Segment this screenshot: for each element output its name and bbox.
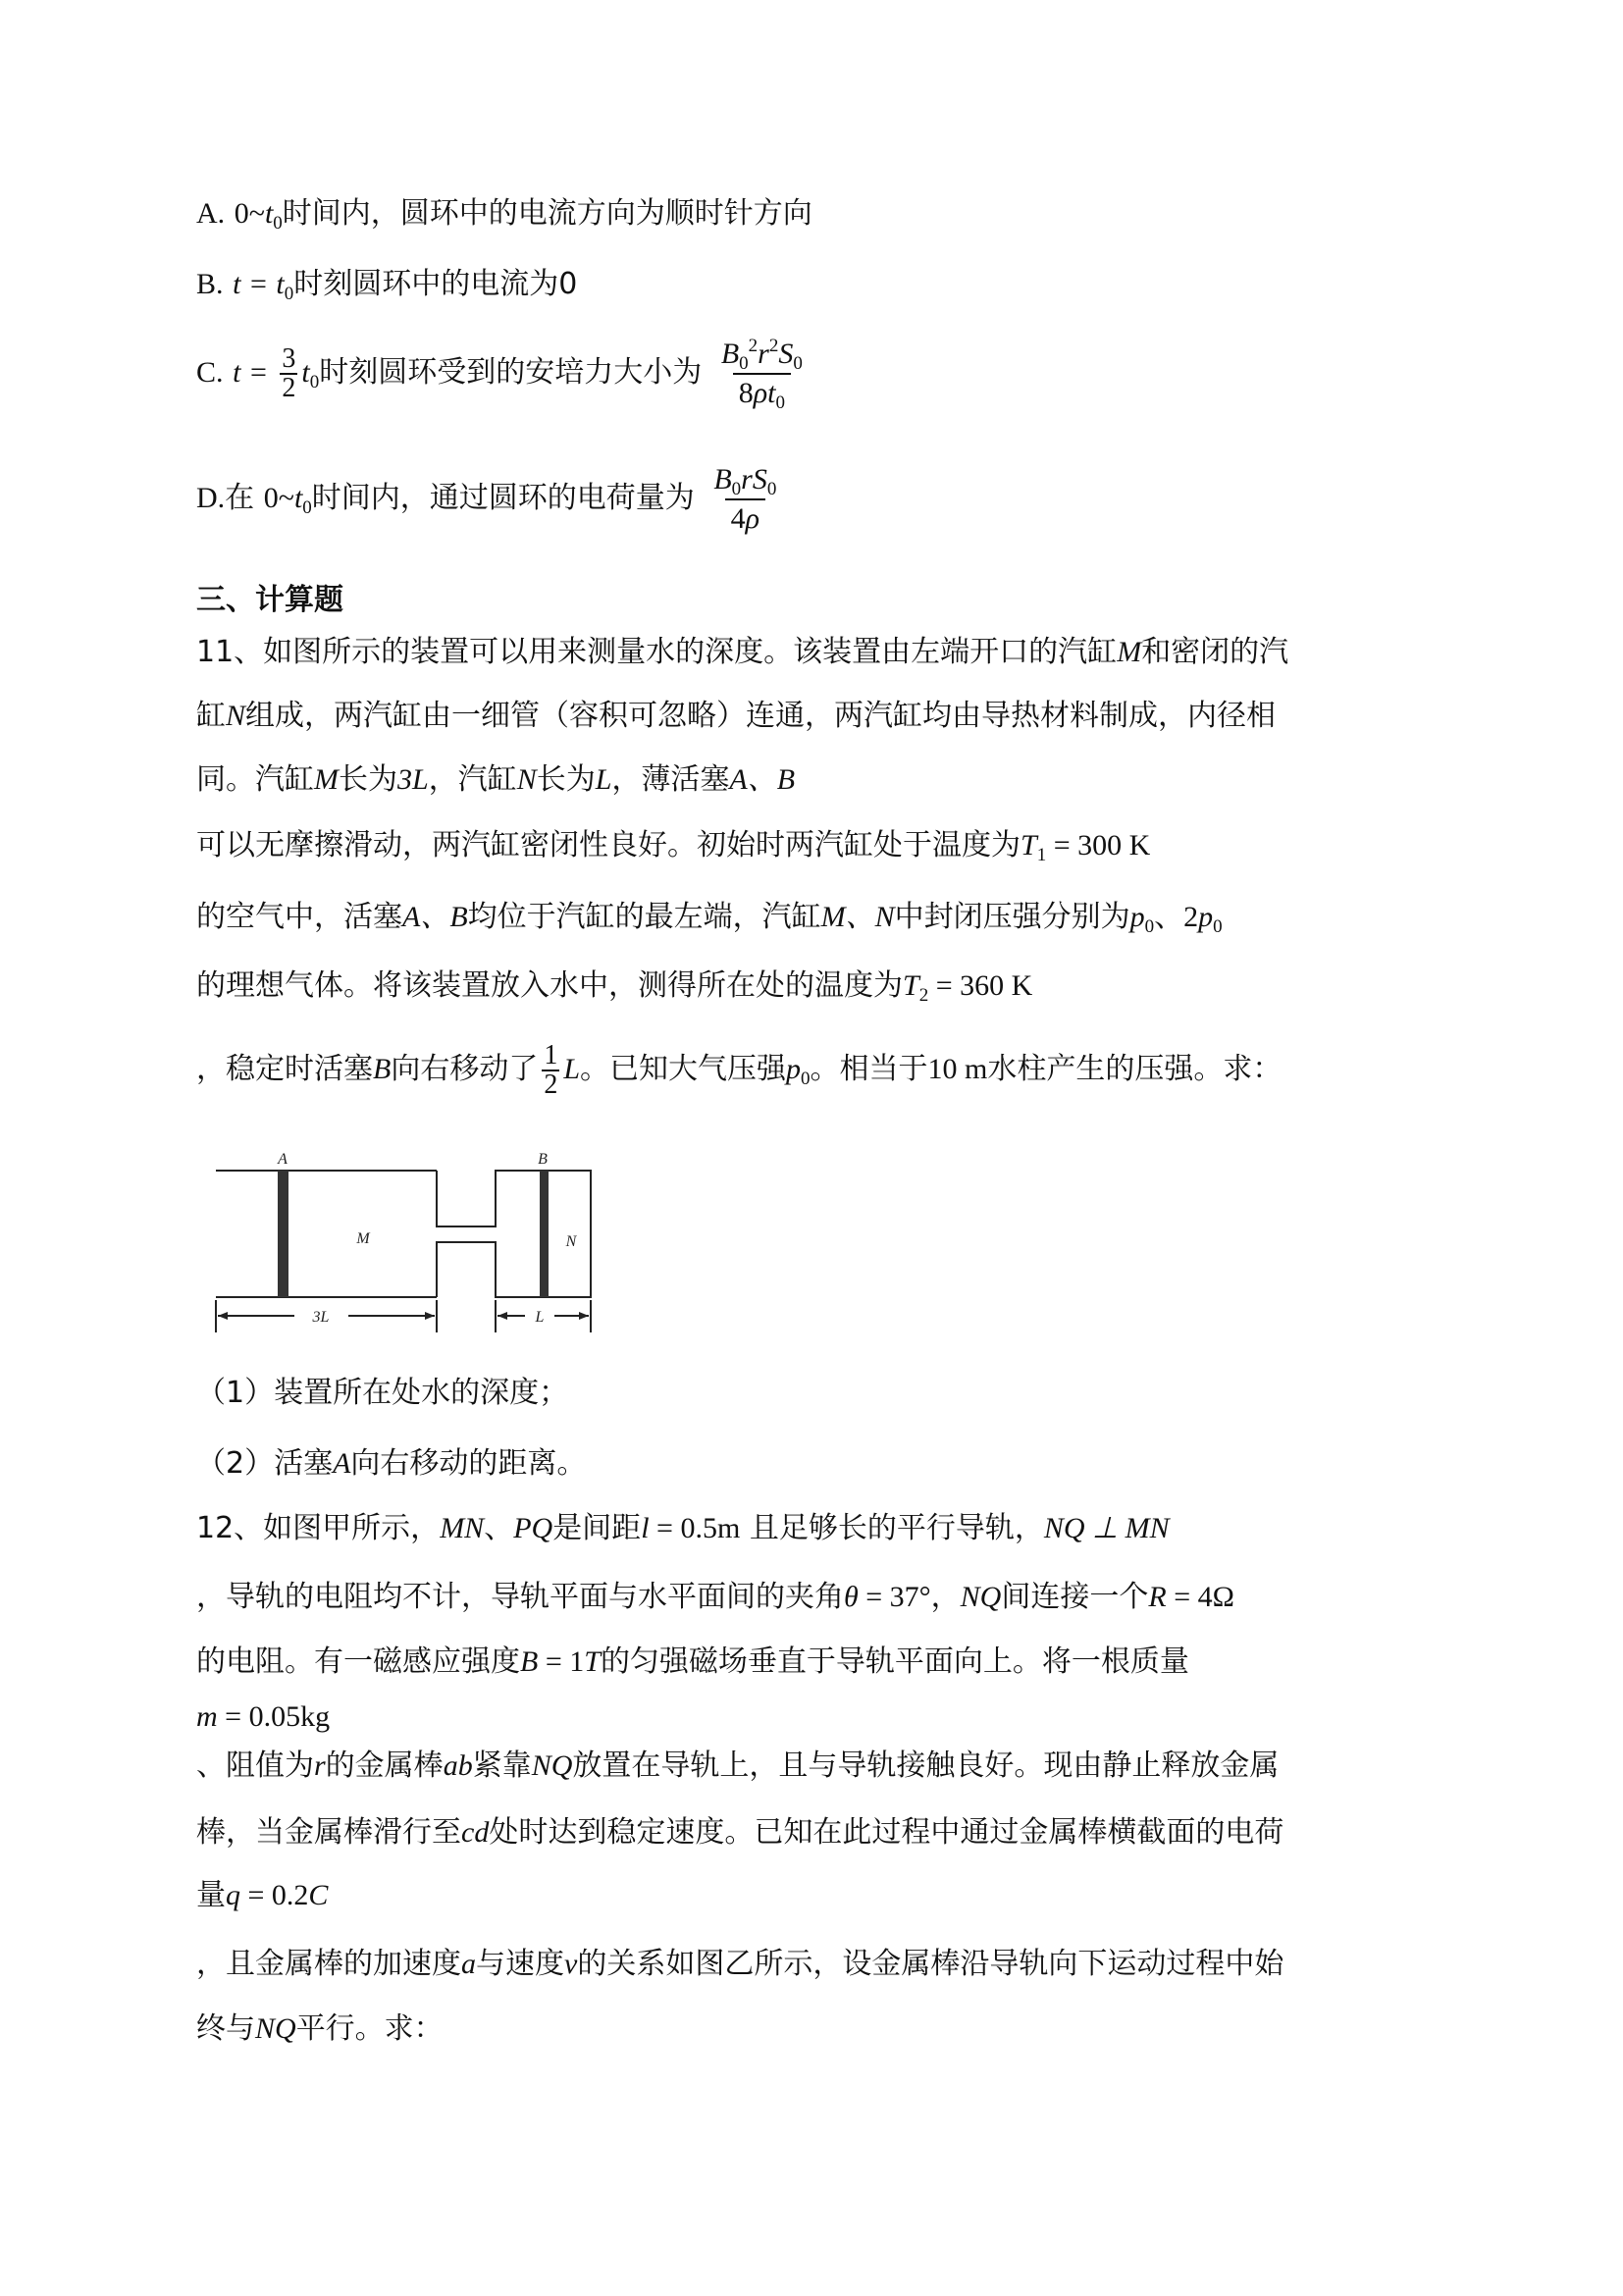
math-sub: 0 [285,284,294,304]
q12-line-7: 量q = 0.2C [196,1876,328,1915]
math-var: ρ [746,502,759,535]
math-sub: 0 [793,353,803,374]
math-var: T [584,1645,601,1678]
q11-line-5: 的空气中，活塞A、B均位于汽缸的最左端，汽缸M、N中封闭压强分别为p0、2p0 [196,898,1223,937]
math-var: θ [844,1581,859,1613]
math-var: ρ [754,377,767,409]
math-var: B [373,1053,391,1085]
text: ，薄活塞 [611,762,729,797]
option-d: D.在 0~t0时间内，通过圆环的电荷量为 B0rS0 4ρ [196,459,786,538]
q11-sub-2: （2）活塞A向右移动的距离。 [196,1444,586,1484]
text: 均位于汽缸的最左端，汽缸 [468,900,821,934]
text: 中封闭压强分别为 [895,900,1130,934]
math-sub: 0 [1145,916,1155,937]
q12-line-3: 的电阻。有一磁感应强度B = 1T的匀强磁场垂直于导轨平面向上。将一根质量 [196,1643,1189,1682]
math-sub: 0 [767,479,777,499]
math-var: L [563,1053,580,1085]
math-sub: 1 [1037,845,1047,865]
math-var: L [596,763,612,796]
math-var: T [903,969,919,1002]
math-text: 10 m [928,1053,988,1085]
math-var: NQ [532,1749,573,1782]
option-text: 时刻圆环受到的安培力大小为 [319,355,702,390]
option-text: 时间内，通过圆环的电荷量为 [312,481,695,515]
math-sub: 2 [919,985,929,1006]
math-var: v [564,1948,577,1980]
text: 缸 [196,699,226,733]
math-var: A [333,1447,350,1480]
text: 、阻值为 [196,1748,314,1783]
math-var: B [520,1645,538,1678]
math-var: A、B [729,763,795,796]
text: ，导轨的电阻均不计，导轨平面与水平面间的夹角 [196,1580,844,1614]
math-text: 0 [235,197,249,230]
option-label: C. [196,356,224,389]
math-var: t [276,268,284,300]
text: 间连接一个 [1001,1580,1148,1614]
q11-line-4: 可以无摩擦滑动，两汽缸密闭性良好。初始时两汽缸处于温度为T1 = 300 K [196,826,1150,865]
option-label: A. [196,197,225,230]
text: 长为 [537,762,596,797]
q12-line-2: ，导轨的电阻均不计，导轨平面与水平面间的夹角θ = 37°，NQ间连接一个R =… [196,1578,1234,1617]
math-var: C [308,1879,328,1911]
q12-line-1: 12、如图甲所示，MN、PQ是间距l = 0.5m 且足够长的平行导轨，NQ ⊥… [196,1509,1170,1548]
math-var: M [314,763,339,796]
math-var: 3L [397,763,429,796]
math-text: = 37° [859,1581,931,1613]
section-heading: 三、计算题 [196,581,343,620]
frac-den: 2 [280,373,297,402]
math-sub: 0 [732,479,742,499]
math-var: N [226,700,245,732]
q12-line-8: ，且金属棒的加速度a与速度v的关系如图乙所示，设金属棒沿导轨向下运动过程中始 [196,1945,1283,1984]
math-text: = 0.5m [650,1512,741,1544]
text: 平行。求： [296,2011,444,2046]
math-text: 0 [264,482,279,514]
math-var: r [741,463,753,496]
math-text: ~ [279,482,294,514]
text: 终与 [196,2011,255,2046]
text: ， [931,1580,961,1614]
math-text: = 4Ω [1167,1581,1234,1613]
math-var: PQ [513,1512,552,1544]
math-var: r [314,1749,326,1782]
option-a: A. 0~t0时间内，圆环中的电流方向为顺时针方向 [196,194,812,234]
dim-3l: 3L [312,1309,330,1326]
text: 组成，两汽缸由一细管（容积可忽略）连通，两汽缸均由导热材料制成，内径相 [245,699,1276,733]
math-sup: 2 [769,336,779,356]
cylinder-diagram: A B M N 3L L [196,1128,638,1354]
math-sub: 0 [302,497,312,518]
q12-line-9: 终与NQ平行。求： [196,2009,444,2049]
math-var: cd [461,1816,489,1849]
math-sub: 0 [310,372,320,392]
text: 处时达到稳定速度。已知在此过程中通过金属棒横截面的电荷 [489,1815,1283,1850]
math-text: 4 [731,502,746,535]
math-sup: 2 [749,336,759,356]
piston-a [278,1171,288,1297]
math-var: NQ [961,1581,1002,1613]
math-var: M [1117,636,1141,668]
math-sub: 0 [1213,916,1223,937]
math-text: = 0.2 [240,1879,308,1911]
math-var: t [301,356,309,389]
math-text: = 1 [538,1645,584,1678]
option-c: C. t = 3 2 t0时刻圆环受到的安培力大小为 B02r2S0 8ρt0 [196,334,812,412]
math-var: N [517,763,537,796]
q12-line-4: m = 0.05kg [196,1697,330,1737]
math-var: t [233,268,240,300]
math-text: = 0.05kg [218,1700,330,1733]
math-var: p [1198,901,1213,933]
text: 的理想气体。将该装置放入水中，测得所在处的温度为 [196,968,903,1003]
option-text: 时间内，圆环中的电流方向为顺时针方向 [283,196,812,231]
math-text: = [250,356,267,389]
text: 量 [196,1878,226,1912]
math-sub: 0 [801,1069,811,1089]
q11-line-3: 同。汽缸M长为3L，汽缸N长为L，薄活塞A、B [196,760,795,800]
q12-line-6: 棒，当金属棒滑行至cd处时达到稳定速度。已知在此过程中通过金属棒横截面的电荷 [196,1813,1283,1852]
text: 放置在导轨上，且与导轨接触良好。现由静止释放金属 [572,1748,1279,1783]
math-var: S [753,463,767,496]
answer-fraction: B0rS0 4ρ [707,463,782,536]
math-text: = 360 K [928,969,1032,1002]
math-var: a [461,1948,476,1980]
text: ，稳定时活塞 [196,1052,373,1086]
text: 的匀强磁场垂直于导轨平面向上。将一根质量 [601,1644,1189,1679]
label-n: N [565,1233,578,1250]
math-var: MN [440,1512,484,1544]
math-text: = 300 K [1046,829,1150,861]
fraction: 3 2 [280,345,297,402]
option-label: B. [196,268,224,300]
text: 紧靠 [473,1748,532,1783]
text: 的电阻。有一磁感应强度 [196,1644,520,1679]
text: 。已知大气压强 [580,1052,786,1086]
math-var: NQ [255,2012,296,2045]
math-var: S [778,338,793,370]
text: 的金属棒 [326,1748,444,1783]
text: 与速度 [476,1947,564,1981]
math-sub: 0 [273,213,283,234]
text: 、 [484,1511,513,1545]
math-var: M、N [821,901,895,933]
q11-line-7: ，稳定时活塞B向右移动了12L。已知大气压强p0。相当于10 m水柱产生的压强。… [196,1030,1282,1109]
text: 。相当于 [811,1052,928,1086]
math-var: q [226,1879,240,1911]
label-a: A [277,1151,288,1168]
q11-sub-1: （1）装置所在处水的深度； [196,1374,568,1413]
text: 棒，当金属棒滑行至 [196,1815,461,1850]
frac-num: 3 [280,345,297,373]
label-m: M [355,1230,371,1247]
answer-fraction: B02r2S0 8ρt0 [715,338,809,410]
q11-line-2: 缸N组成，两汽缸由一细管（容积可忽略）连通，两汽缸均由导热材料制成，内径相 [196,697,1276,736]
math-var: B [721,338,739,370]
text: ，且金属棒的加速度 [196,1947,461,1981]
math-sub: 0 [739,353,749,374]
cylinder-diagram-svg: A B M N 3L L [196,1128,638,1354]
math-var: A、B [402,901,468,933]
label-b: B [538,1151,548,1168]
text: 水柱产生的压强。求： [987,1052,1282,1086]
dim-l: L [535,1309,545,1326]
q11-line-6: 的理想气体。将该装置放入水中，测得所在处的温度为T2 = 360 K [196,966,1032,1006]
frac-den: 8ρt0 [733,373,791,410]
text: 且足够长的平行导轨， [740,1511,1044,1545]
text: 12、如图甲所示， [196,1511,440,1545]
math-var: p [786,1053,801,1085]
math-var: r [758,338,769,370]
option-text: 在 [225,481,254,515]
text: 同。汽缸 [196,762,314,797]
text: 的空气中，活塞 [196,900,402,934]
option-text: 时刻圆环中的电流为0 [293,267,577,301]
math-text: = [250,268,267,300]
text: 的关系如图乙所示，设金属棒沿导轨向下运动过程中始 [577,1947,1283,1981]
text: 向右移动了 [391,1052,538,1086]
math-var: NQ ⊥ MN [1044,1512,1170,1544]
frac-num: 1 [542,1042,559,1070]
frac-num: B0rS0 [707,463,782,498]
math-var: p [1130,901,1145,933]
math-var: ab [444,1749,473,1782]
q11-line-1: 11、如图所示的装置可以用来测量水的深度。该装置由左端开口的汽缸M和密闭的汽 [196,633,1288,672]
math-var: t [233,356,240,389]
frac-num: B02r2S0 [715,338,809,373]
math-var: m [196,1700,218,1733]
math-var: l [641,1512,649,1544]
frac-den: 4ρ [725,498,765,536]
option-label: D. [196,482,225,514]
piston-b [540,1171,549,1297]
text: 11、如图所示的装置可以用来测量水的深度。该装置由左端开口的汽缸 [196,635,1117,669]
text: 长为 [339,762,397,797]
math-text: ~ [249,197,265,230]
text: （2）活塞 [196,1446,333,1481]
text: 向右移动的距离。 [350,1446,586,1481]
option-b: B. t = t0时刻圆环中的电流为0 [196,265,577,304]
frac-den: 2 [542,1070,559,1099]
math-sub: 0 [775,392,785,413]
math-text: 8 [739,377,754,409]
text: 是间距 [552,1511,641,1545]
math-var: T [1021,829,1037,861]
fraction: 12 [542,1042,559,1099]
math-var: B [713,463,731,496]
math-var: R [1148,1581,1166,1613]
math-text: 、2 [1154,901,1198,933]
q12-line-5: 、阻值为r的金属棒ab紧靠NQ放置在导轨上，且与导轨接触良好。现由静止释放金属 [196,1747,1279,1786]
text: 可以无摩擦滑动，两汽缸密闭性良好。初始时两汽缸处于温度为 [196,828,1021,862]
text: ，汽缸 [429,762,517,797]
text: 和密闭的汽 [1141,635,1288,669]
